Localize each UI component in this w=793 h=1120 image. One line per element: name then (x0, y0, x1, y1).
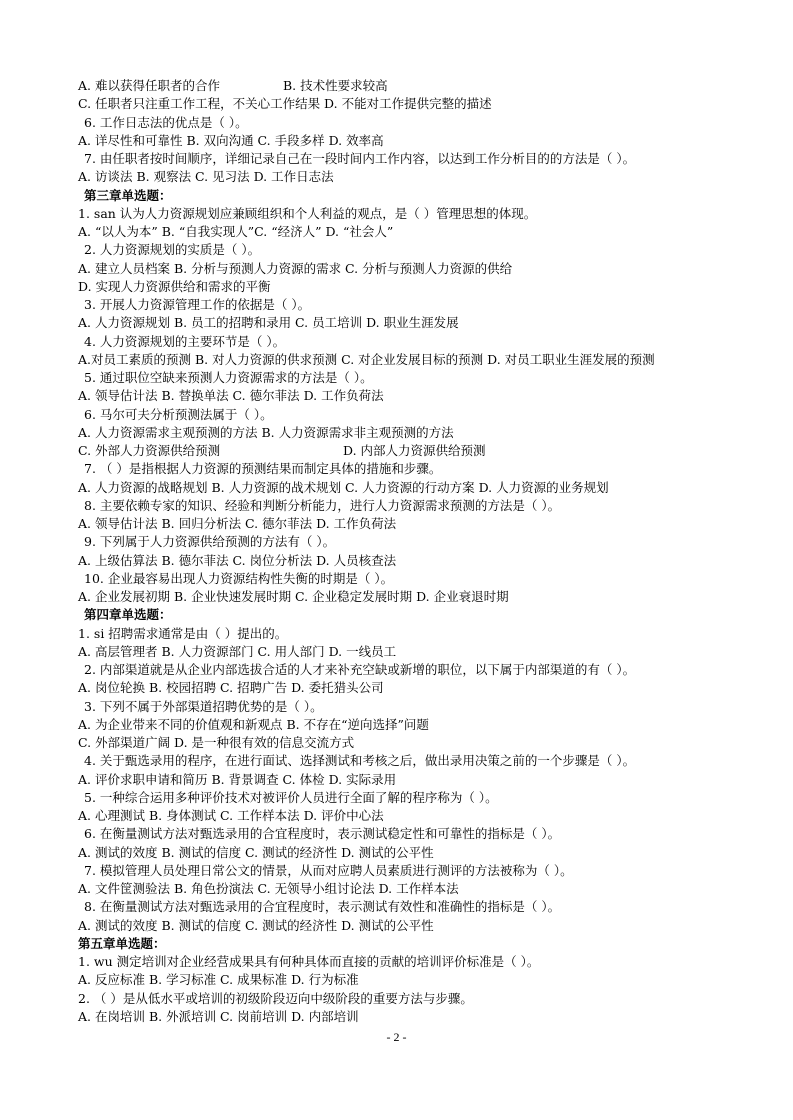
question-stem: 1. san 认为人力资源规划应兼顾组织和个人利益的观点，是（ ）管理思想的体现… (78, 205, 738, 223)
option-line: A. 测试的效度 B. 测试的信度 C. 测试的经济性 D. 测试的公平性 (78, 917, 738, 935)
option-line: A. 人力资源规划 B. 员工的招聘和录用 C. 员工培训 D. 职业生涯发展 (78, 314, 738, 332)
option-line: A. 文件筐测验法 B. 角色扮演法 C. 无领导小组讨论法 D. 工作样本法 (78, 880, 738, 898)
chapter-heading: 第四章单选题： (78, 606, 738, 624)
question-stem: 1. si 招聘需求通常是由（ ）提出的。 (78, 625, 738, 643)
question-stem: 10. 企业最容易出现人力资源结构性失衡的时期是（ ）。 (78, 570, 738, 588)
option-line: A. 访谈法 B. 观察法 C. 见习法 D. 工作日志法 (78, 168, 738, 186)
option-line: A. 难以获得任职者的合作 B. 技术性要求较高 (78, 77, 738, 95)
option-line: A. 领导估计法 B. 替换单法 C. 德尔菲法 D. 工作负荷法 (78, 387, 738, 405)
option-line: A. 测试的效度 B. 测试的信度 C. 测试的经济性 D. 测试的公平性 (78, 844, 738, 862)
question-stem: 6. 在衡量测试方法对甄选录用的合宜程度时，表示测试稳定性和可靠性的指标是（ ）… (78, 825, 738, 843)
option-line: C. 任职者只注重工作工程，不关心工作结果 D. 不能对工作提供完整的描述 (78, 95, 738, 113)
document-page: A. 难以获得任职者的合作 B. 技术性要求较高 C. 任职者只注重工作工程，不… (0, 0, 793, 1120)
question-stem: 5. 一种综合运用多种评价技术对被评价人员进行全面了解的程序称为（ ）。 (78, 789, 738, 807)
option-line: A. 详尽性和可靠性 B. 双向沟通 C. 手段多样 D. 效率高 (78, 132, 738, 150)
question-stem: 7. 模拟管理人员处理日常公文的情景，从而对应聘人员素质进行测评的方法被称为（ … (78, 862, 738, 880)
question-stem: 4. 人力资源规划的主要环节是（ ）。 (78, 333, 738, 351)
page-number: - 2 - (0, 1030, 793, 1045)
option-line: A. “以人为本” B. “自我实现人”C. “经济人” D. “社会人” (78, 223, 738, 241)
chapter-heading: 第五章单选题： (78, 935, 738, 953)
question-stem: 2. 内部渠道就是从企业内部选拔合适的人才来补充空缺或新增的职位，以下属于内部渠… (78, 661, 738, 679)
option-line: C. 外部渠道广阔 D. 是一种很有效的信息交流方式 (78, 734, 738, 752)
option-line: A. 企业发展初期 B. 企业快速发展时期 C. 企业稳定发展时期 D. 企业衰… (78, 588, 738, 606)
option-line: A. 上级估算法 B. 德尔菲法 C. 岗位分析法 D. 人员核查法 (78, 552, 738, 570)
option-c: C. 外部人力资源供给预测 (78, 443, 220, 458)
option-line: A. 领导估计法 B. 回归分析法 C. 德尔菲法 D. 工作负荷法 (78, 515, 738, 533)
option-line: A. 建立人员档案 B. 分析与预测人力资源的需求 C. 分析与预测人力资源的供… (78, 260, 738, 278)
question-stem: 9. 下列属于人力资源供给预测的方法有（ ）。 (78, 533, 738, 551)
question-stem: 7. （ ）是指根据人力资源的预测结果而制定具体的措施和步骤。 (78, 460, 738, 478)
option-line: A.对员工素质的预测 B. 对人力资源的供求预测 C. 对企业发展目标的预测 D… (78, 351, 738, 369)
option-line: A. 岗位轮换 B. 校园招聘 C. 招聘广告 D. 委托猎头公司 (78, 679, 738, 697)
question-stem: 2. 人力资源规划的实质是（ ）。 (78, 241, 738, 259)
question-stem: 8. 主要依赖专家的知识、经验和判断分析能力，进行人力资源需求预测的方法是（ ）… (78, 497, 738, 515)
option-a: A. 难以获得任职者的合作 (78, 78, 220, 93)
option-line: A. 评价求职申请和简历 B. 背景调查 C. 体检 D. 实际录用 (78, 771, 738, 789)
page-content: A. 难以获得任职者的合作 B. 技术性要求较高 C. 任职者只注重工作工程，不… (78, 77, 738, 1026)
option-line: C. 外部人力资源供给预测 D. 内部人力资源供给预测 (78, 442, 738, 460)
question-stem: 3. 下列不属于外部渠道招聘优势的是（ ）。 (78, 698, 738, 716)
question-stem: 7. 由任职者按时间顺序，详细记录自己在一段时间内工作内容，以达到工作分析目的的… (78, 150, 738, 168)
question-stem: 6. 工作日志法的优点是（ ）。 (78, 114, 738, 132)
question-stem: 6. 马尔可夫分析预测法属于（ ）。 (78, 406, 738, 424)
option-line: A. 反应标准 B. 学习标准 C. 成果标准 D. 行为标准 (78, 971, 738, 989)
option-b: B. 技术性要求较高 (283, 77, 388, 95)
option-line: A. 为企业带来不同的价值观和新观点 B. 不存在“逆向选择”问题 (78, 716, 738, 734)
option-line: A. 高层管理者 B. 人力资源部门 C. 用人部门 D. 一线员工 (78, 643, 738, 661)
option-line: A. 在岗培训 B. 外派培训 C. 岗前培训 D. 内部培训 (78, 1008, 738, 1026)
question-stem: 2. （ ）是从低水平或培训的初级阶段迈向中级阶段的重要方法与步骤。 (78, 990, 738, 1008)
option-line: A. 心理测试 B. 身体测试 C. 工作样本法 D. 评价中心法 (78, 807, 738, 825)
question-stem: 8. 在衡量测试方法对甄选录用的合宜程度时，表示测试有效性和准确性的指标是（ ）… (78, 898, 738, 916)
option-line: D. 实现人力资源供给和需求的平衡 (78, 278, 738, 296)
question-stem: 5. 通过职位空缺来预测人力资源需求的方法是（ ）。 (78, 369, 738, 387)
question-stem: 4. 关于甄选录用的程序，在进行面试、选择测试和考核之后，做出录用决策之前的一个… (78, 752, 738, 770)
question-stem: 3. 开展人力资源管理工作的依据是（ ）。 (78, 296, 738, 314)
option-line: A. 人力资源需求主观预测的方法 B. 人力资源需求非主观预测的方法 (78, 424, 738, 442)
option-d: D. 内部人力资源供给预测 (343, 442, 486, 460)
chapter-heading: 第三章单选题： (78, 187, 738, 205)
option-line: A. 人力资源的战略规划 B. 人力资源的战术规划 C. 人力资源的行动方案 D… (78, 479, 738, 497)
question-stem: 1. wu 测定培训对企业经营成果具有何种具体而直接的贡献的培训评价标准是（ ）… (78, 953, 738, 971)
